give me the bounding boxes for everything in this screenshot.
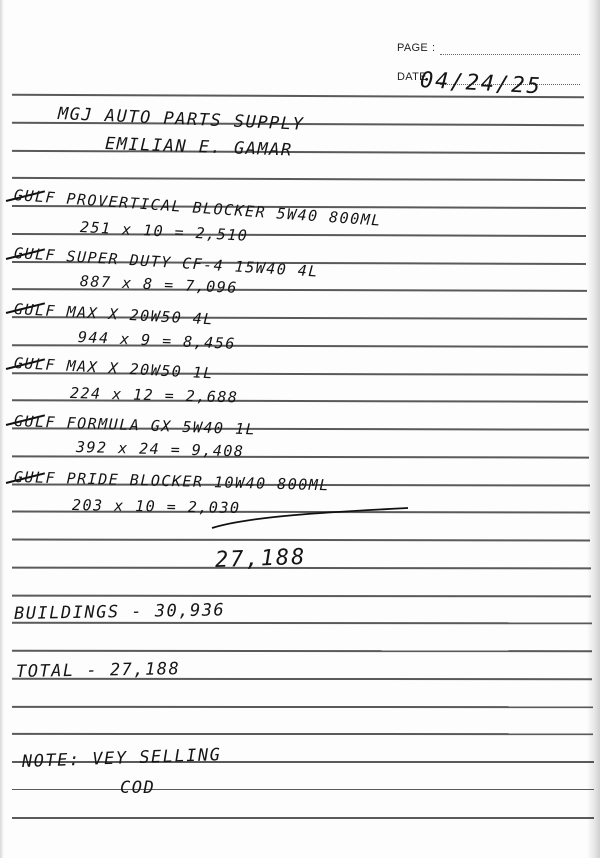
ruled-line <box>12 539 590 542</box>
ruled-line <box>12 816 594 818</box>
item-description: GULF PRIDE BLOCKER 10W40 800ML <box>14 468 330 494</box>
item-description: GULF PROVERTICAL BLOCKER 5W40 800ML <box>13 186 382 230</box>
ruled-line <box>12 594 591 596</box>
ruled-line <box>12 733 593 735</box>
item-description: GULF MAX X 20W50 4L <box>14 300 215 328</box>
ruled-line <box>12 789 594 791</box>
item-calculation: 251 x 10 = 2,510 <box>80 218 249 245</box>
page-label: PAGE <box>397 42 428 54</box>
ruled-line <box>12 177 585 181</box>
ruled-line <box>12 149 585 153</box>
ruled-line <box>12 705 593 707</box>
item-description: GULF FORMULA GX 5W40 1L <box>14 412 257 438</box>
buildings-amount: BUILDINGS - 30,936 <box>14 600 226 624</box>
note-payment-terms: COD <box>120 778 155 798</box>
item-calculation: 887 x 8 = 7,096 <box>80 272 239 297</box>
supplier-name: MGJ AUTO PARTS SUPPLY <box>58 104 305 135</box>
item-calculation: 224 x 12 = 2,688 <box>70 384 239 406</box>
customer-name: EMILIAN E. GAMAR <box>105 134 293 161</box>
item-calculation: 944 x 9 = 8,456 <box>78 328 237 353</box>
item-description: GULF MAX X 20W50 1L <box>14 354 215 382</box>
ruled-line <box>12 650 592 652</box>
sum-underline <box>210 506 410 530</box>
notebook-page: PAGE : DATE 04/24/25 MGJ AUTO PARTS SUPP… <box>0 0 600 858</box>
note-text: NOTE: VEY SELLING <box>22 745 222 772</box>
page-colon: : <box>432 42 435 54</box>
total-amount: TOTAL - 27,188 <box>16 659 181 682</box>
page-left-shadow <box>0 0 4 858</box>
page-field-line <box>440 54 580 55</box>
items-sum: 27,188 <box>215 545 307 573</box>
